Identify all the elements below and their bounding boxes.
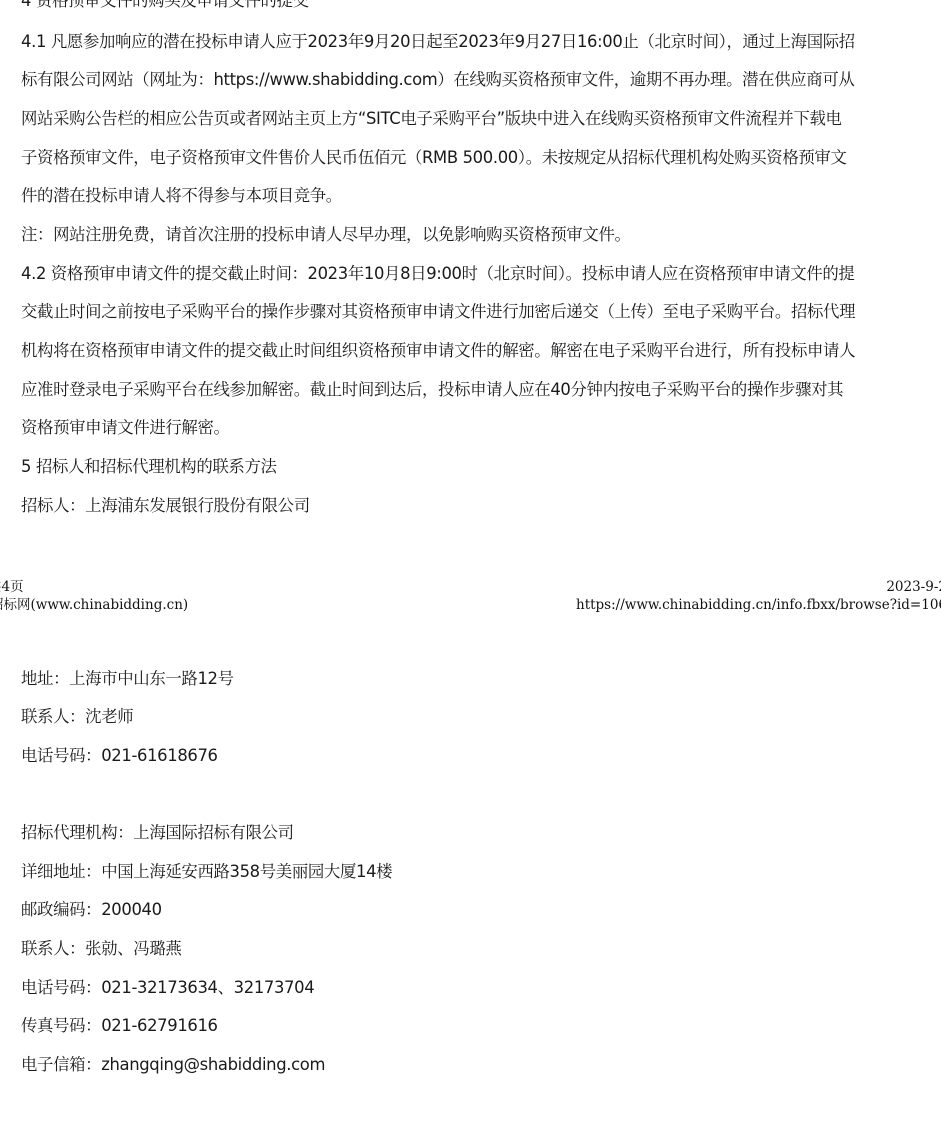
agency-phone: 电话号码：021-32173634、32173704	[21, 977, 314, 999]
agency-email[interactable]: 电子信箱：zhangqing@shabidding.com	[21, 1054, 325, 1076]
tenderer-contact-person: 联系人：沈老师	[21, 706, 133, 728]
page-count: 共4页	[0, 579, 24, 595]
agency-fax: 传真号码：021-62791616	[21, 1015, 218, 1037]
print-date: 2023-9-2	[886, 579, 941, 595]
site-name: 招标网(www.chinabidding.cn)	[0, 597, 188, 613]
registration-note: 注：网站注册免费，请首次注册的投标申请人尽早办理，以免影响购买资格预审文件。	[21, 224, 921, 246]
paragraph-4-2-line-5: 资格预审申请文件进行解密。	[21, 417, 921, 439]
agency-contact-person: 联系人：张勍、冯璐燕	[21, 938, 181, 960]
agency-postcode: 邮政编码：200040	[21, 899, 162, 921]
agency-name: 招标代理机构：上海国际招标有限公司	[21, 822, 294, 844]
page-url[interactable]: https://www.chinabidding.cn/info.fbxx/br…	[576, 597, 941, 613]
paragraph-4-1-line-1: 4.1 凡愿参加响应的潜在投标申请人应于2023年9月20日起至2023年9月2…	[21, 31, 921, 53]
section-4-heading: 4 资格预审文件的购买及申请文件的提交	[21, 0, 921, 12]
agency-address: 详细地址：中国上海延安西路358号美丽园大厦14楼	[21, 861, 392, 883]
paragraph-4-2-line-4: 应准时登录电子采购平台在线参加解密。截止时间到达后，投标申请人应在40分钟内按电…	[21, 379, 921, 401]
paragraph-4-1-line-3: 网站采购公告栏的相应公告页或者网站主页上方“SITC电子采购平台”版块中进入在线…	[21, 108, 921, 130]
paragraph-4-2-line-1: 4.2 资格预审申请文件的提交截止时间：2023年10月8日9:00时（北京时间…	[21, 263, 921, 285]
tenderer-address: 地址：上海市中山东一路12号	[21, 668, 234, 690]
paragraph-4-1-line-4: 子资格预审文件，电子资格预审文件售价人民币伍佰元（RMB 500.00）。未按规…	[21, 147, 921, 169]
tenderer-phone: 电话号码：021-61618676	[21, 745, 218, 767]
paragraph-4-2-line-2: 交截止时间之前按电子采购平台的操作步骤对其资格预审申请文件进行加密后递交（上传）…	[21, 301, 921, 323]
paragraph-4-2-line-3: 机构将在资格预审申请文件的提交截止时间组织资格预审申请文件的解密。解密在电子采购…	[21, 340, 921, 362]
paragraph-4-1-line-2: 标有限公司网站（网址为：https://www.shabidding.com）在…	[21, 69, 921, 91]
tenderer-name: 招标人：上海浦东发展银行股份有限公司	[21, 495, 921, 517]
page-break	[0, 548, 941, 549]
paragraph-4-1-line-5: 件的潜在投标申请人将不得参与本项目竞争。	[21, 185, 921, 207]
section-5-heading: 5 招标人和招标代理机构的联系方法	[21, 456, 921, 478]
